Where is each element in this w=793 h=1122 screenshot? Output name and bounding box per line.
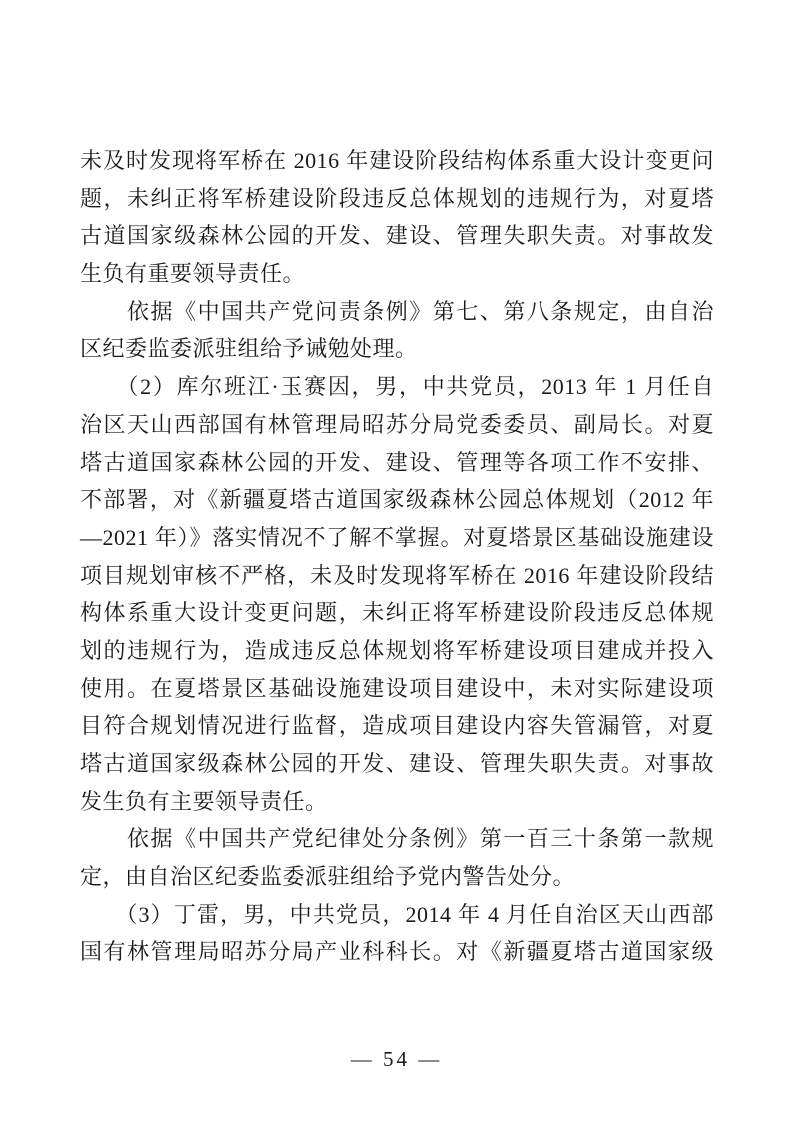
text-line: 依据《中国共产党问责条例》第七、第八条规定，由自治	[80, 293, 714, 331]
text-line: 依据《中国共产党纪律处分条例》第一百三十条第一款规	[80, 820, 714, 858]
text-line: 题，未纠正将军桥建设阶段违反总体规划的违规行为，对夏塔	[80, 180, 714, 218]
document-text-block: 未及时发现将军桥在 2016 年建设阶段结构体系重大设计变更问 题，未纠正将军桥…	[80, 142, 714, 971]
text-line: 划的违规行为，造成违反总体规划将军桥建设项目建成并投入	[80, 632, 714, 670]
text-line: 未及时发现将军桥在 2016 年建设阶段结构体系重大设计变更问	[80, 142, 714, 180]
text-line: 项目规划审核不严格，未及时发现将军桥在 2016 年建设阶段结	[80, 557, 714, 595]
text-line: 目符合规划情况进行监督，造成项目建设内容失管漏管，对夏	[80, 707, 714, 745]
text-line: —2021 年）》落实情况不了解不掌握。对夏塔景区基础设施建设	[80, 519, 714, 557]
text-line: 治区天山西部国有林管理局昭苏分局党委委员、副局长。对夏	[80, 406, 714, 444]
text-line: 定，由自治区纪委监委派驻组给予党内警告处分。	[80, 858, 714, 896]
page-number: — 54 —	[0, 1047, 793, 1072]
document-page: 未及时发现将军桥在 2016 年建设阶段结构体系重大设计变更问 题，未纠正将军桥…	[0, 0, 793, 1122]
text-line: 区纪委监委派驻组给予诫勉处理。	[80, 330, 714, 368]
text-line: （2）库尔班江·玉赛因，男，中共党员，2013 年 1 月任自	[80, 368, 714, 406]
text-line: 发生负有主要领导责任。	[80, 783, 714, 821]
text-line: 生负有重要领导责任。	[80, 255, 714, 293]
text-line: 使用。在夏塔景区基础设施建设项目建设中，未对实际建设项	[80, 670, 714, 708]
text-line: 国有林管理局昭苏分局产业科科长。对《新疆夏塔古道国家级	[80, 933, 714, 971]
text-line: 塔古道国家森林公园的开发、建设、管理等各项工作不安排、	[80, 444, 714, 482]
text-line: 构体系重大设计变更问题，未纠正将军桥建设阶段违反总体规	[80, 594, 714, 632]
text-line: 塔古道国家级森林公园的开发、建设、管理失职失责。对事故	[80, 745, 714, 783]
text-line: （3）丁雷，男，中共党员，2014 年 4 月任自治区天山西部	[80, 896, 714, 934]
text-line: 古道国家级森林公园的开发、建设、管理失职失责。对事故发	[80, 217, 714, 255]
text-line: 不部署，对《新疆夏塔古道国家级森林公园总体规划（2012 年	[80, 481, 714, 519]
